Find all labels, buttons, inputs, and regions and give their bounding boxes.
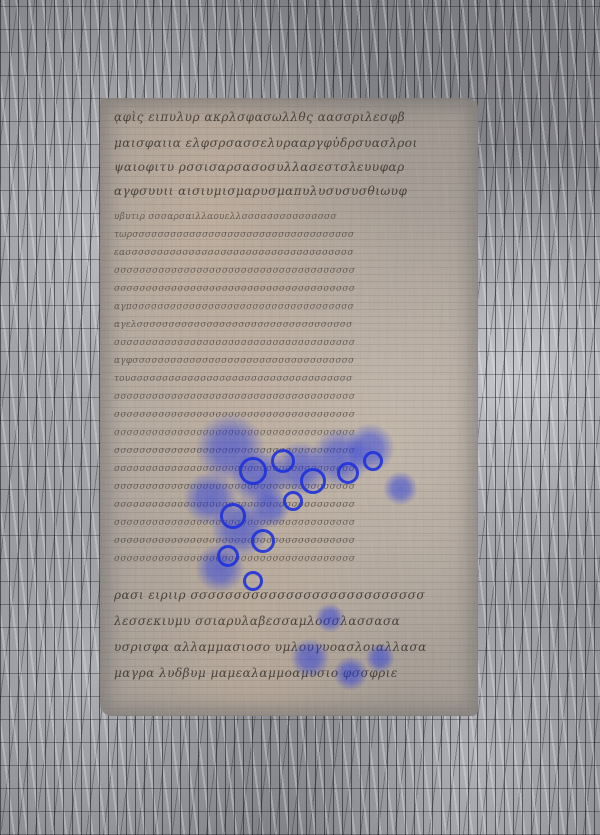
script-line: σσσσσσσσσσσσσσσσσσσσσσσσσσσσσσσσσσσσσσ: [114, 282, 468, 296]
script-line: μαγρα λυδβυμ μαμεαλαμμοαμυσιο φσσφριε: [114, 666, 468, 680]
script-line: μαισφαιια ελφσρσασσελυρααργφὐδρσυασλροι: [114, 136, 468, 150]
script-line: σσσσσσσσσσσσσσσσσσσσσσσσσσσσσσσσσσσσσσ: [114, 264, 468, 278]
artwork-canvas: ᾳφὶς ειπυλυρ ακρλσφασωλλθς αασσριλεσφβμα…: [0, 0, 600, 835]
blue-ink-blot: [365, 643, 395, 673]
script-line: σσσσσσσσσσσσσσσσσσσσσσσσσσσσσσσσσσσσσσ: [114, 336, 468, 350]
blue-ink-ring: [363, 451, 383, 471]
script-line: σσσσσσσσσσσσσσσσσσσσσσσσσσσσσσσσσσσσσσ: [114, 552, 468, 566]
script-line: σσσσσσσσσσσσσσσσσσσσσσσσσσσσσσσσσσσσσσ: [114, 408, 468, 422]
script-line: τωρσσσσσσσσσσσσσσσσσσσσσσσσσσσσσσσσσσσ: [114, 228, 468, 242]
blue-ink-ring: [243, 571, 263, 591]
script-line: υβυτιρ σσσαρσαιλλαουελλσσσσσσσσσσσσσσσ: [114, 210, 468, 224]
blue-ink-blot: [290, 638, 330, 678]
blue-ink-ring: [239, 457, 267, 485]
script-line: σσσσσσσσσσσσσσσσσσσσσσσσσσσσσσσσσσσσσσ: [114, 534, 468, 548]
script-line: σσσσσσσσσσσσσσσσσσσσσσσσσσσσσσσσσσσσσσ: [114, 516, 468, 530]
blue-ink-ring: [220, 503, 246, 529]
script-line: ψαιοφιτυ ρσσισαρσασοσυλλασεστσλευυφαρ: [114, 160, 468, 174]
blue-ink-ring: [337, 462, 359, 484]
blue-ink-ring: [300, 468, 326, 494]
blue-ink-blot: [315, 603, 345, 633]
blue-ink-ring: [271, 449, 295, 473]
script-line: τουσσσσσσσσσσσσσσσσσσσσσσσσσσσσσσσσσσσ: [114, 372, 468, 386]
script-line: λεσσεκιυμυ σσιαρυλαβεσσαμλοσσλασσασα: [114, 614, 468, 628]
script-line: σσσσσσσσσσσσσσσσσσσσσσσσσσσσσσσσσσσσσσ: [114, 426, 468, 440]
blue-ink-blot: [383, 471, 418, 506]
script-line: αγπσσσσσσσσσσσσσσσσσσσσσσσσσσσσσσσσσσσ: [114, 300, 468, 314]
script-line: ᾳφὶς ειπυλυρ ακρλσφασωλλθς αασσριλεσφβ: [114, 110, 468, 124]
script-line: εασσσσσσσσσσσσσσσσσσσσσσσσσσσσσσσσσσσσ: [114, 246, 468, 260]
blue-ink-blot: [333, 656, 368, 691]
script-line: αγφσυυιι αισιυμισμαρυσμαπυλυσυσυσθιωυφ: [114, 184, 468, 198]
blue-ink-ring: [283, 491, 303, 511]
parchment-panel: ᾳφὶς ειπυλυρ ακρλσφασωλλθς αασσριλεσφβμα…: [100, 98, 478, 716]
script-line: ρασι ειριιρ σσσσσσσσσσσσσσσσσσσσσσσσσσσ: [114, 588, 468, 602]
blue-ink-ring: [251, 529, 275, 553]
script-line: αγφσσσσσσσσσσσσσσσσσσσσσσσσσσσσσσσσσσσ: [114, 354, 468, 368]
script-line: αγελσσσσσσσσσσσσσσσσσσσσσσσσσσσσσσσσσσ: [114, 318, 468, 332]
blue-ink-ring: [217, 545, 239, 567]
script-line: σσσσσσσσσσσσσσσσσσσσσσσσσσσσσσσσσσσσσσ: [114, 390, 468, 404]
